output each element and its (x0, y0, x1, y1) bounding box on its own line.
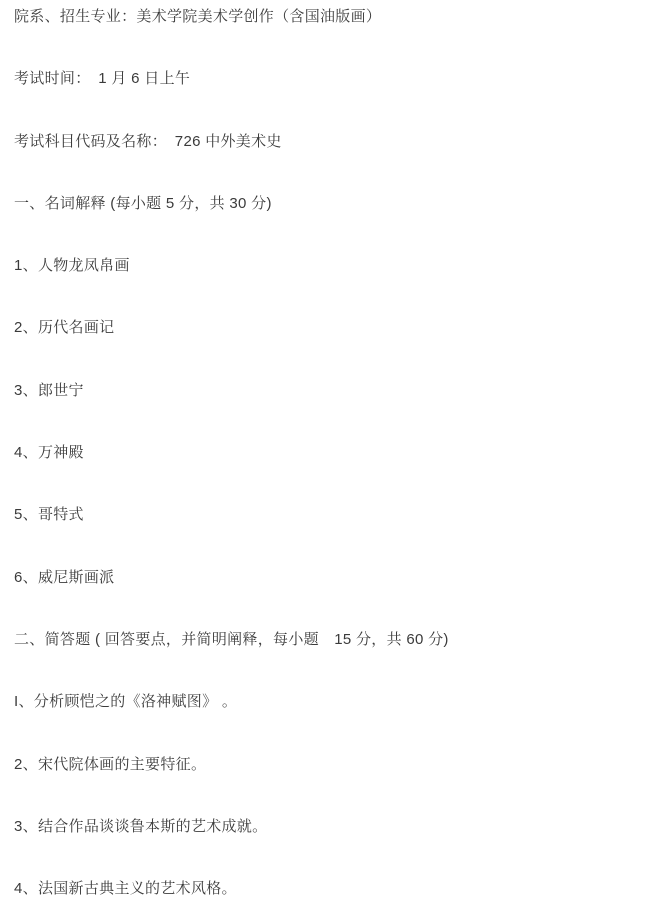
section1-item-3: 3、郎世宁 (14, 383, 627, 399)
exam-document: 院系、招生专业：美术学院美术学创作（含国油版画） 考试时间： 1 月 6 日上午… (0, 0, 645, 897)
section1-heading: 一、名词解释 (每小题 5 分，共 30 分) (14, 196, 627, 212)
section2-heading: 二、简答题 ( 回答要点，并简明阐释，每小题 15 分，共 60 分) (14, 632, 627, 648)
section2-item-4: 4、法国新古典主义的艺术风格。 (14, 881, 627, 897)
subject-code-line: 考试科目代码及名称： 726 中外美术史 (14, 134, 627, 150)
section1-item-5: 5、哥特式 (14, 507, 627, 523)
section1-item-2: 2、历代名画记 (14, 320, 627, 336)
section1-item-4: 4、万神殿 (14, 445, 627, 461)
section1-item-6: 6、威尼斯画派 (14, 570, 627, 586)
dept-major-line: 院系、招生专业：美术学院美术学创作（含国油版画） (14, 9, 627, 25)
section2-item-1: I、分析顾恺之的《洛神赋图》 。 (14, 694, 627, 710)
exam-time-line: 考试时间： 1 月 6 日上午 (14, 71, 627, 87)
section2-item-3: 3、结合作品谈谈鲁本斯的艺术成就。 (14, 819, 627, 835)
section1-item-1: 1、人物龙凤帛画 (14, 258, 627, 274)
section2-item-2: 2、宋代院体画的主要特征。 (14, 757, 627, 773)
